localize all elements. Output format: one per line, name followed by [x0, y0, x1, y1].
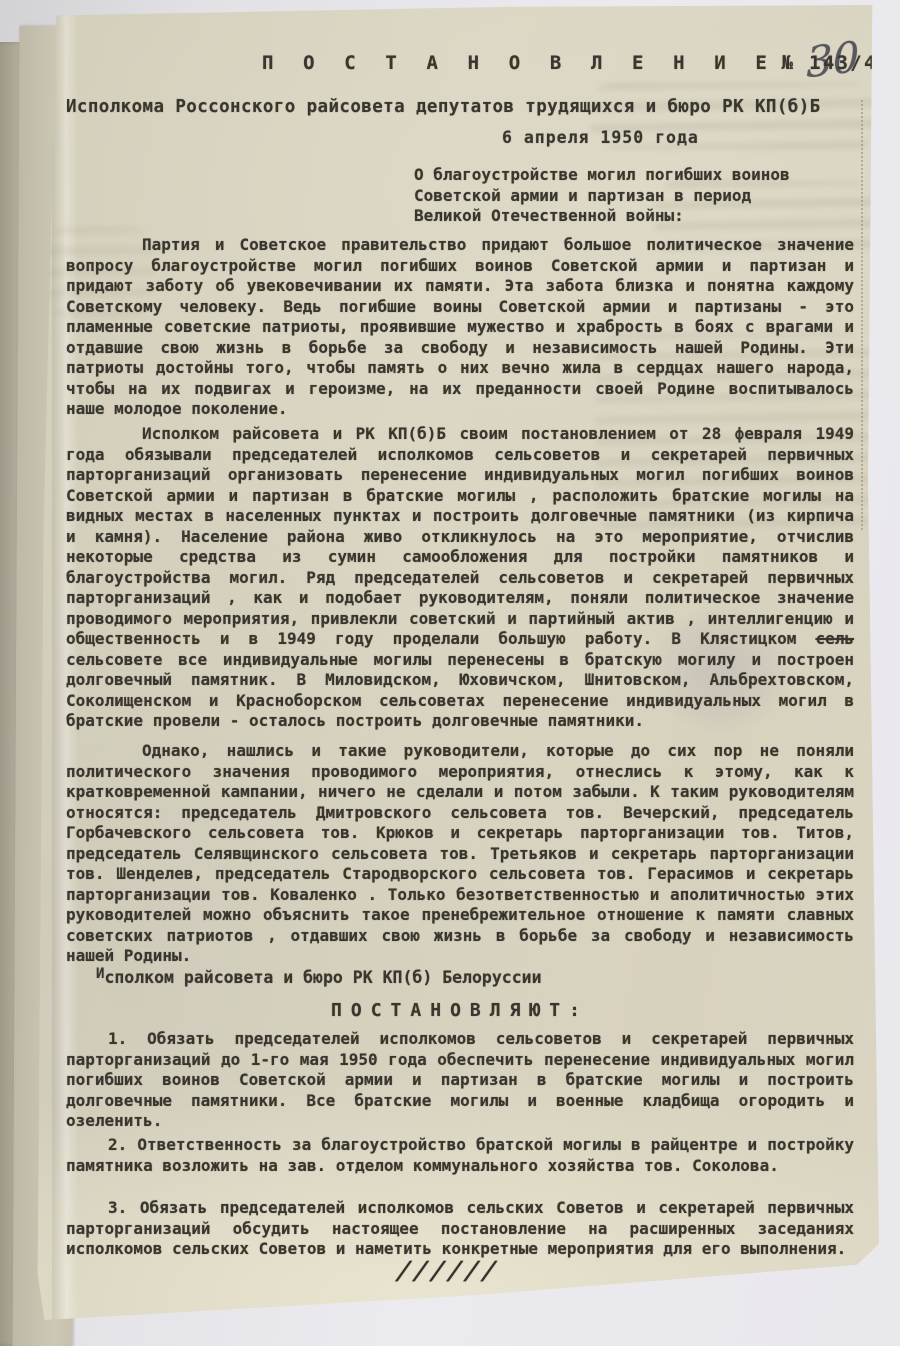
resolution-item-3: 3. Обязать председателей исполкомов сель…: [66, 1198, 854, 1260]
paragraph-2-text: сельсовете все индивидуальные могилы пер…: [66, 650, 854, 731]
paragraph-2-text: Исполком райсовета и РК КП(б)Б своим пос…: [66, 424, 854, 648]
subject-block: О благоустройстве могил погибших воинов …: [414, 165, 834, 227]
end-of-text-mark: //////: [393, 1261, 500, 1282]
date-line: 6 апреля 1950 года: [502, 128, 699, 149]
resolution-item-1: 1. Обязать председателей исполкомов сель…: [66, 1029, 854, 1132]
issuer-line: Исполкома Россонского райсовета депутато…: [66, 97, 856, 118]
title-number: № 143/4: [782, 52, 878, 74]
paragraph-1: Партия и Советское правительство придают…: [66, 235, 854, 420]
paragraph-3: Однако, нашлись и такие руководители, ко…: [66, 741, 854, 967]
resolution-heading: ПОСТАНОВЛЯЮТ:: [66, 1001, 854, 1022]
subject-line: Великой Отечественной войны:: [414, 206, 834, 227]
struck-out-text: сель: [815, 629, 854, 648]
title-word: П О С Т А Н О В Л Е Н И Е: [262, 52, 776, 74]
resolution-intro: Исполком райсовета и бюро РК КП(б) Белор…: [96, 968, 542, 990]
resolution-item-2: 2. Ответственность за благоустройство бр…: [66, 1135, 854, 1176]
paragraph-2: Исполком райсовета и РК КП(б)Б своим пос…: [66, 424, 854, 732]
scanned-document: 30 П О С Т А Н О В Л Е Н И Е№ 143/4 Испо…: [0, 0, 900, 1346]
document-title: П О С Т А Н О В Л Е Н И Е№ 143/4: [262, 53, 878, 74]
resolution-intro-text: сполком райсовета и бюро РК КП(б) Белору…: [104, 968, 541, 987]
raised-initial: И: [96, 966, 104, 982]
perforation-dotted-line: [861, 100, 863, 530]
subject-line: О благоустройстве могил погибших воинов: [414, 165, 834, 186]
document-page: 30 П О С Т А Н О В Л Е Н И Е№ 143/4 Испо…: [36, 5, 879, 1320]
subject-line: Советской армии и партизан в период: [414, 186, 834, 207]
